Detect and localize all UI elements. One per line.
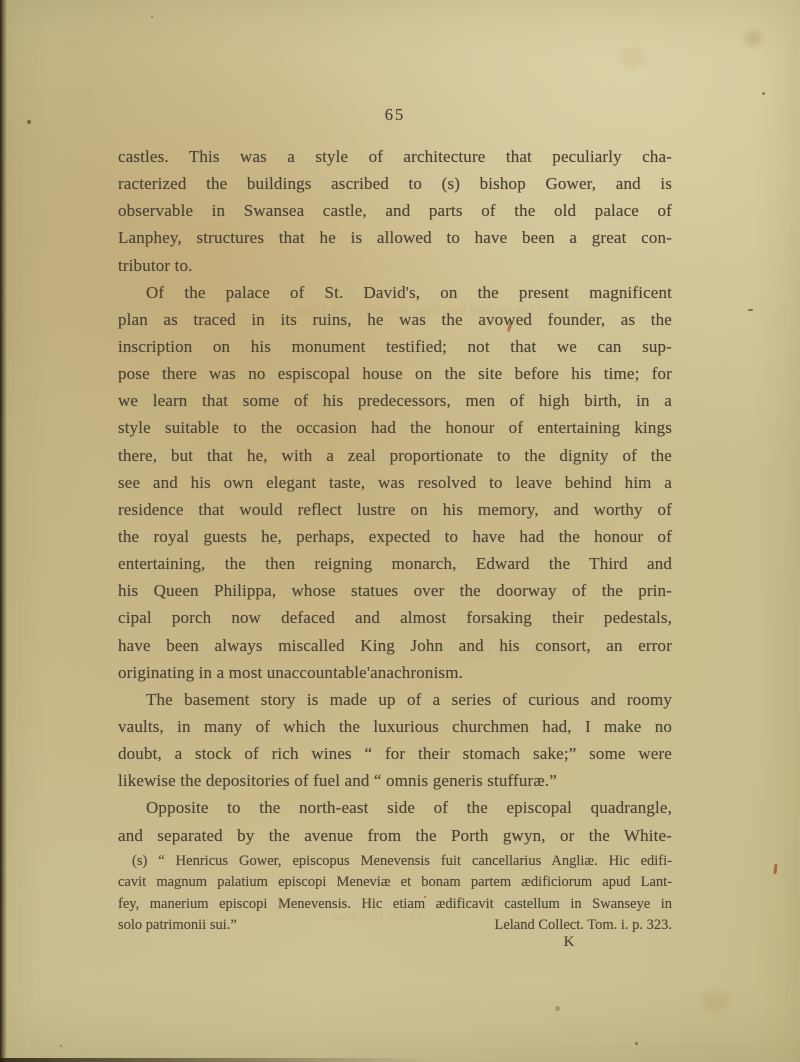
footnote-line: (s) “ Henricus Gower, episcopus Menevens… — [118, 851, 672, 872]
page-gutter-shadow — [0, 0, 7, 1062]
red-ink-mark — [773, 864, 777, 874]
text-line: there, but that he, with a zeal proporti… — [118, 442, 672, 469]
text-line: we learn that some of his predecessors, … — [118, 387, 672, 414]
text-line: style suitable to the occasion had the h… — [118, 414, 672, 441]
footnote: (s) “ Henricus Gower, episcopus Menevens… — [118, 851, 672, 936]
paper-speck — [151, 16, 153, 18]
paper-speck — [635, 1042, 638, 1045]
paper-speck — [27, 120, 31, 124]
text-line: plan as traced in its ruins, he was the … — [118, 306, 672, 333]
text-line: his Queen Philippa, whose statues over t… — [118, 577, 672, 604]
text-line: The basement story is made up of a serie… — [118, 686, 672, 713]
body-text: castles. This was a style of architectur… — [118, 143, 672, 849]
footnote-line: fey, manerium episcopi Menevensis. Hic e… — [118, 894, 672, 915]
footnote-last-line-text: solo patrimonii sui.” — [118, 915, 237, 936]
text-line: see and his own elegant taste, was resol… — [118, 469, 672, 496]
text-line: Lanphey, structures that he is allowed t… — [118, 224, 672, 251]
red-ink-dot — [424, 896, 426, 898]
text-line: tributor to. — [118, 252, 672, 279]
text-line: observable in Swansea castle, and parts … — [118, 197, 672, 224]
text-line: Opposite to the north-east side of the e… — [118, 794, 672, 821]
text-line: the royal guests he, perhaps, expected t… — [118, 523, 672, 550]
paper-speck — [60, 1045, 62, 1047]
text-line: likewise the depositories of fuel and “ … — [118, 767, 672, 794]
signature-mark: K — [556, 934, 582, 951]
foxing-spot — [700, 990, 730, 1014]
text-line: cipal porch now defaced and almost forsa… — [118, 604, 672, 631]
paper-speck — [762, 92, 765, 95]
book-page: portion of the second building, assembly… — [0, 0, 800, 1062]
foxing-spot — [620, 48, 646, 68]
text-line: entertaining, the then reigning monarch,… — [118, 550, 672, 577]
text-line: Of the palace of St. David's, on the pre… — [118, 279, 672, 306]
text-line: racterized the buildings ascribed to (s)… — [118, 170, 672, 197]
text-line: castles. This was a style of architectur… — [118, 143, 672, 170]
page-bottom-edge-shadow — [0, 1058, 430, 1062]
footnote-line: cavit magnum palatium episcopi Meneviæ e… — [118, 872, 672, 893]
footnote-last-line: solo patrimonii sui.” Leland Collect. To… — [118, 915, 672, 936]
text-line: pose there was no espiscopal house on th… — [118, 360, 672, 387]
text-line: have been always miscalled King John and… — [118, 632, 672, 659]
foxing-spot — [744, 30, 762, 46]
page-number: 65 — [118, 105, 672, 125]
paper-speck — [555, 1006, 560, 1011]
text-line: and separated by the avenue from the Por… — [118, 822, 672, 849]
text-line: vaults, in many of which the luxurious c… — [118, 713, 672, 740]
text-line: residence that would reflect lustre on h… — [118, 496, 672, 523]
footnote-citation: Leland Collect. Tom. i. p. 323. — [494, 915, 672, 936]
text-line: doubt, a stock of rich wines “ for their… — [118, 740, 672, 767]
text-line: originating in a most unaccountable'anac… — [118, 659, 672, 686]
paper-speck — [748, 309, 753, 311]
text-line: inscription on his monument testified; n… — [118, 333, 672, 360]
